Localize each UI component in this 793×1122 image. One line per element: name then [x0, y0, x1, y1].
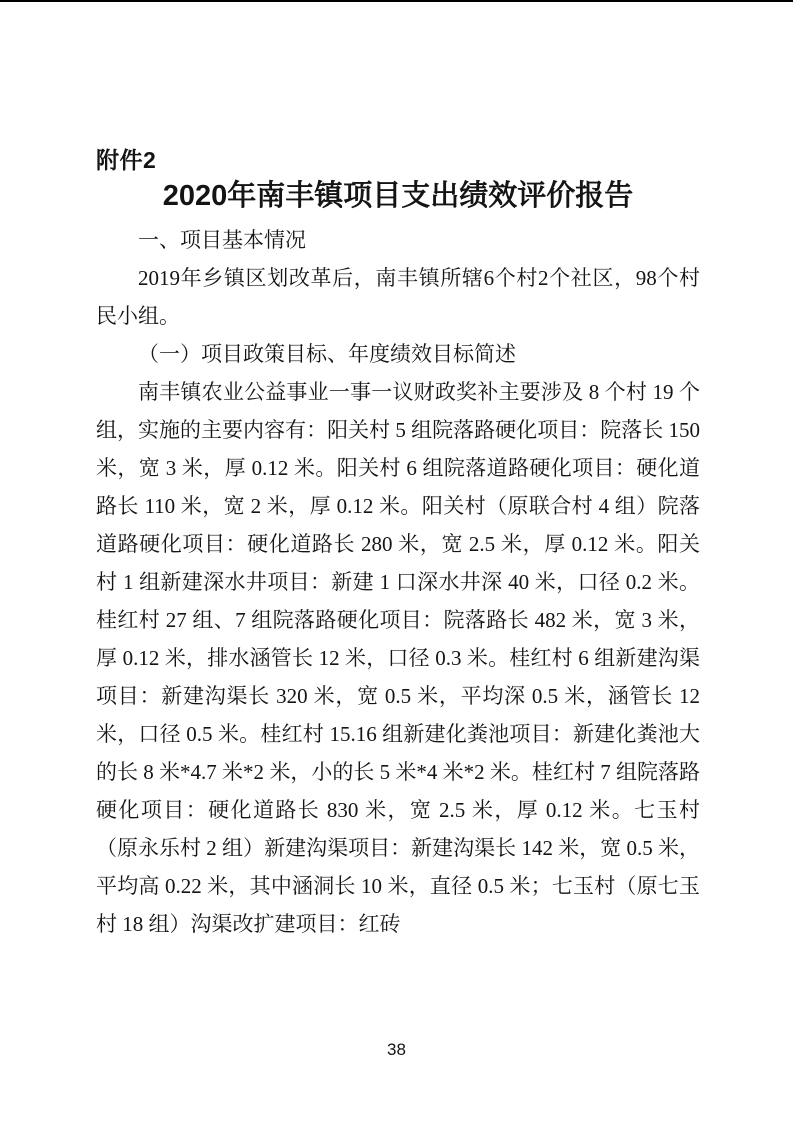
attachment-label: 附件2 [96, 146, 156, 174]
page-number: 38 [0, 1038, 793, 1062]
paragraph-town-overview: 2019年乡镇区划改革后，南丰镇所辖6个村2个社区，98个村民小组。 [96, 259, 700, 335]
section-heading-basic-info: 一、项目基本情况 [96, 221, 700, 259]
subsection-heading-policy-goals: （一）项目政策目标、年度绩效目标简述 [96, 335, 700, 373]
paragraph-project-details: 南丰镇农业公益事业一事一议财政奖补主要涉及 8 个村 19 个组，实施的主要内容… [96, 373, 700, 943]
document-body: 一、项目基本情况 2019年乡镇区划改革后，南丰镇所辖6个村2个社区，98个村民… [96, 221, 700, 943]
document-title: 2020年南丰镇项目支出绩效评价报告 [96, 176, 700, 216]
document-page: 附件2 2020年南丰镇项目支出绩效评价报告 一、项目基本情况 2019年乡镇区… [0, 0, 793, 1122]
scan-artifact-top-edge [0, 0, 793, 2]
